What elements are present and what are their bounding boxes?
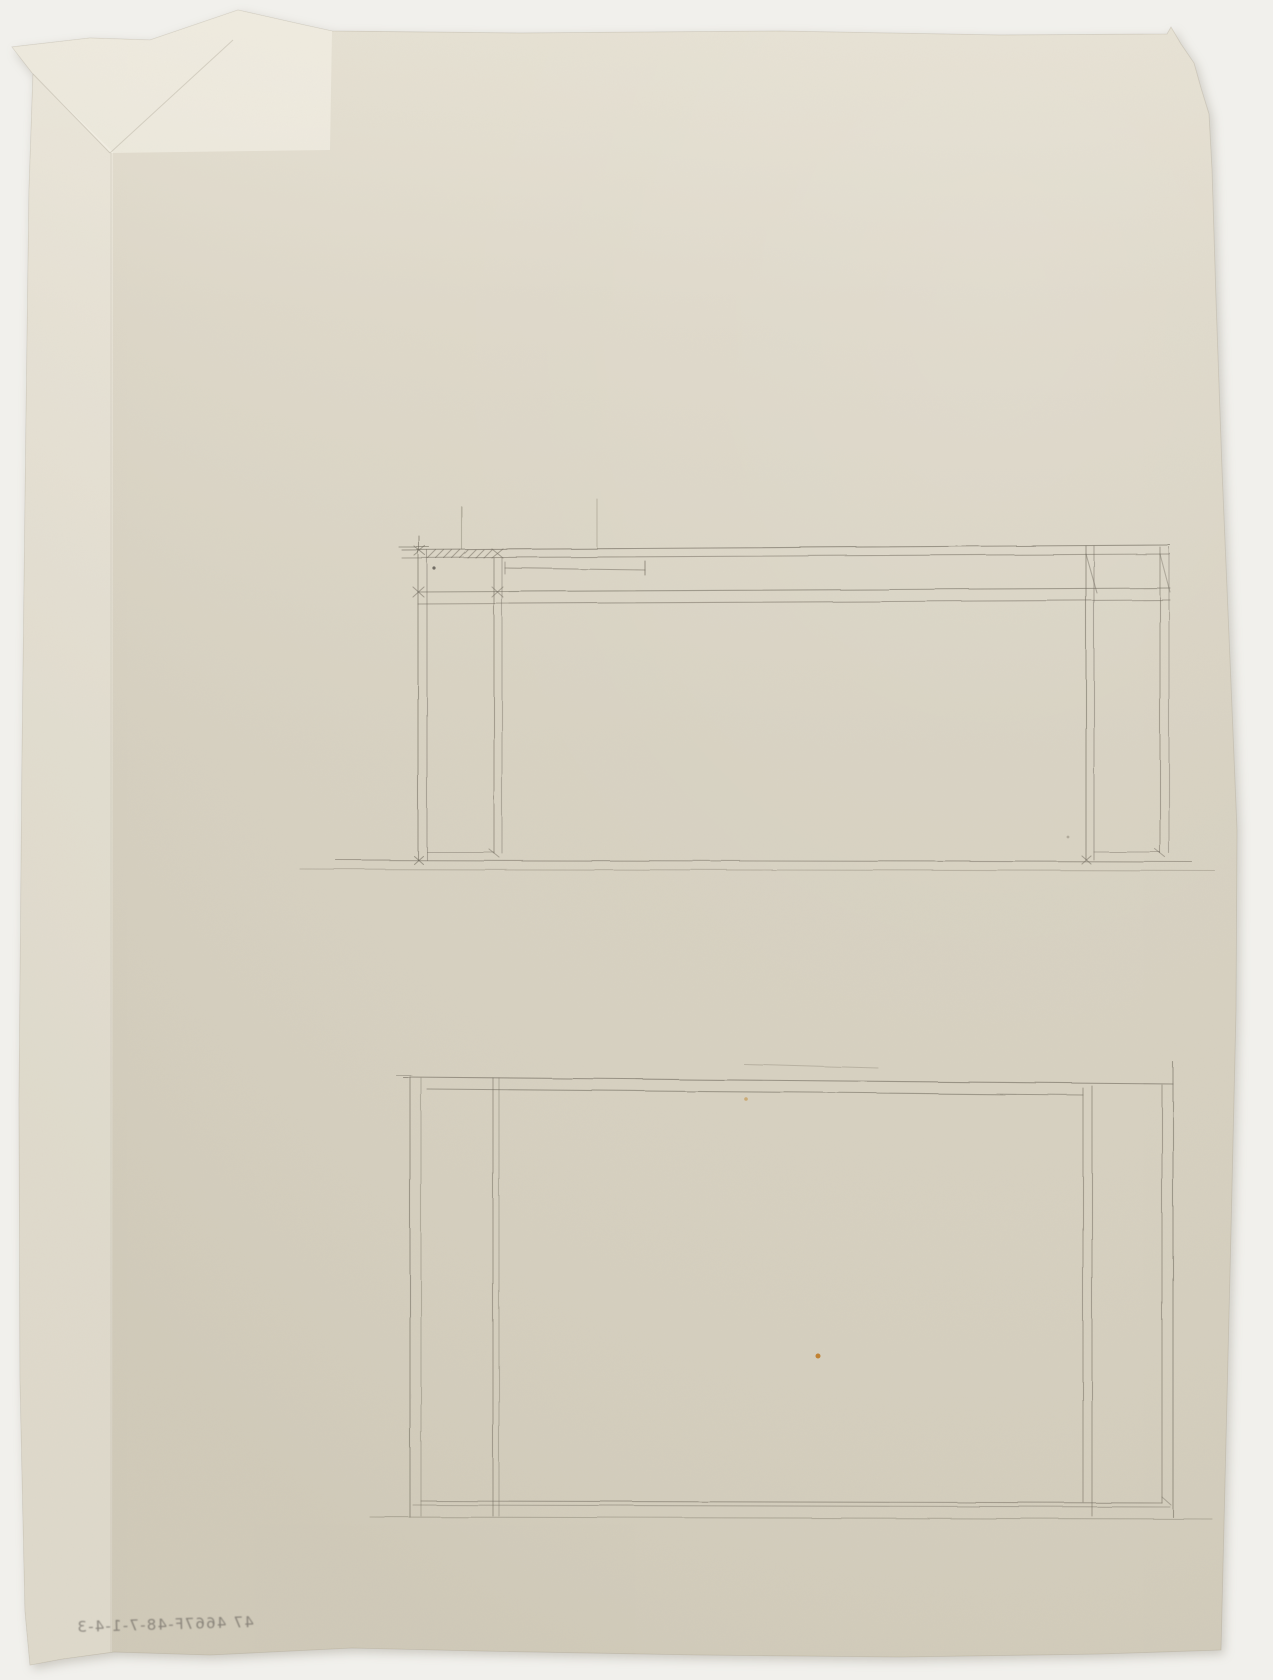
paper-grain	[0, 0, 1273, 1680]
paper-stain	[1067, 836, 1070, 839]
paper-stain	[432, 566, 435, 569]
paper-stain	[744, 1097, 748, 1101]
paper-canvas	[0, 0, 1273, 1680]
scanned-drawing: 47 4667F-48-7-1-4-3	[0, 0, 1273, 1680]
paper-stain	[816, 1354, 821, 1359]
